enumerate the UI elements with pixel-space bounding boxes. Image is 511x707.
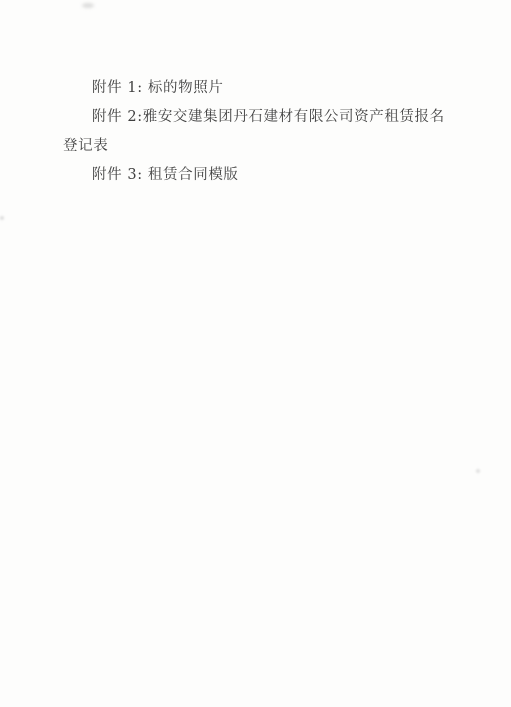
attachment-item-3: 附件 3: 租赁合同模版 <box>63 161 457 190</box>
scanned-document-page: 附件 1: 标的物照片 附件 2:雅安交建集团丹石建材有限公司资产租赁报名登记表… <box>0 0 511 707</box>
attachment-list: 附件 1: 标的物照片 附件 2:雅安交建集团丹石建材有限公司资产租赁报名登记表… <box>63 74 457 190</box>
scan-artifact <box>82 3 94 8</box>
attachment-item-2: 附件 2:雅安交建集团丹石建材有限公司资产租赁报名登记表 <box>63 103 457 161</box>
attachment-item-1: 附件 1: 标的物照片 <box>63 74 457 103</box>
scan-artifact <box>476 469 480 473</box>
scan-artifact <box>0 216 4 220</box>
